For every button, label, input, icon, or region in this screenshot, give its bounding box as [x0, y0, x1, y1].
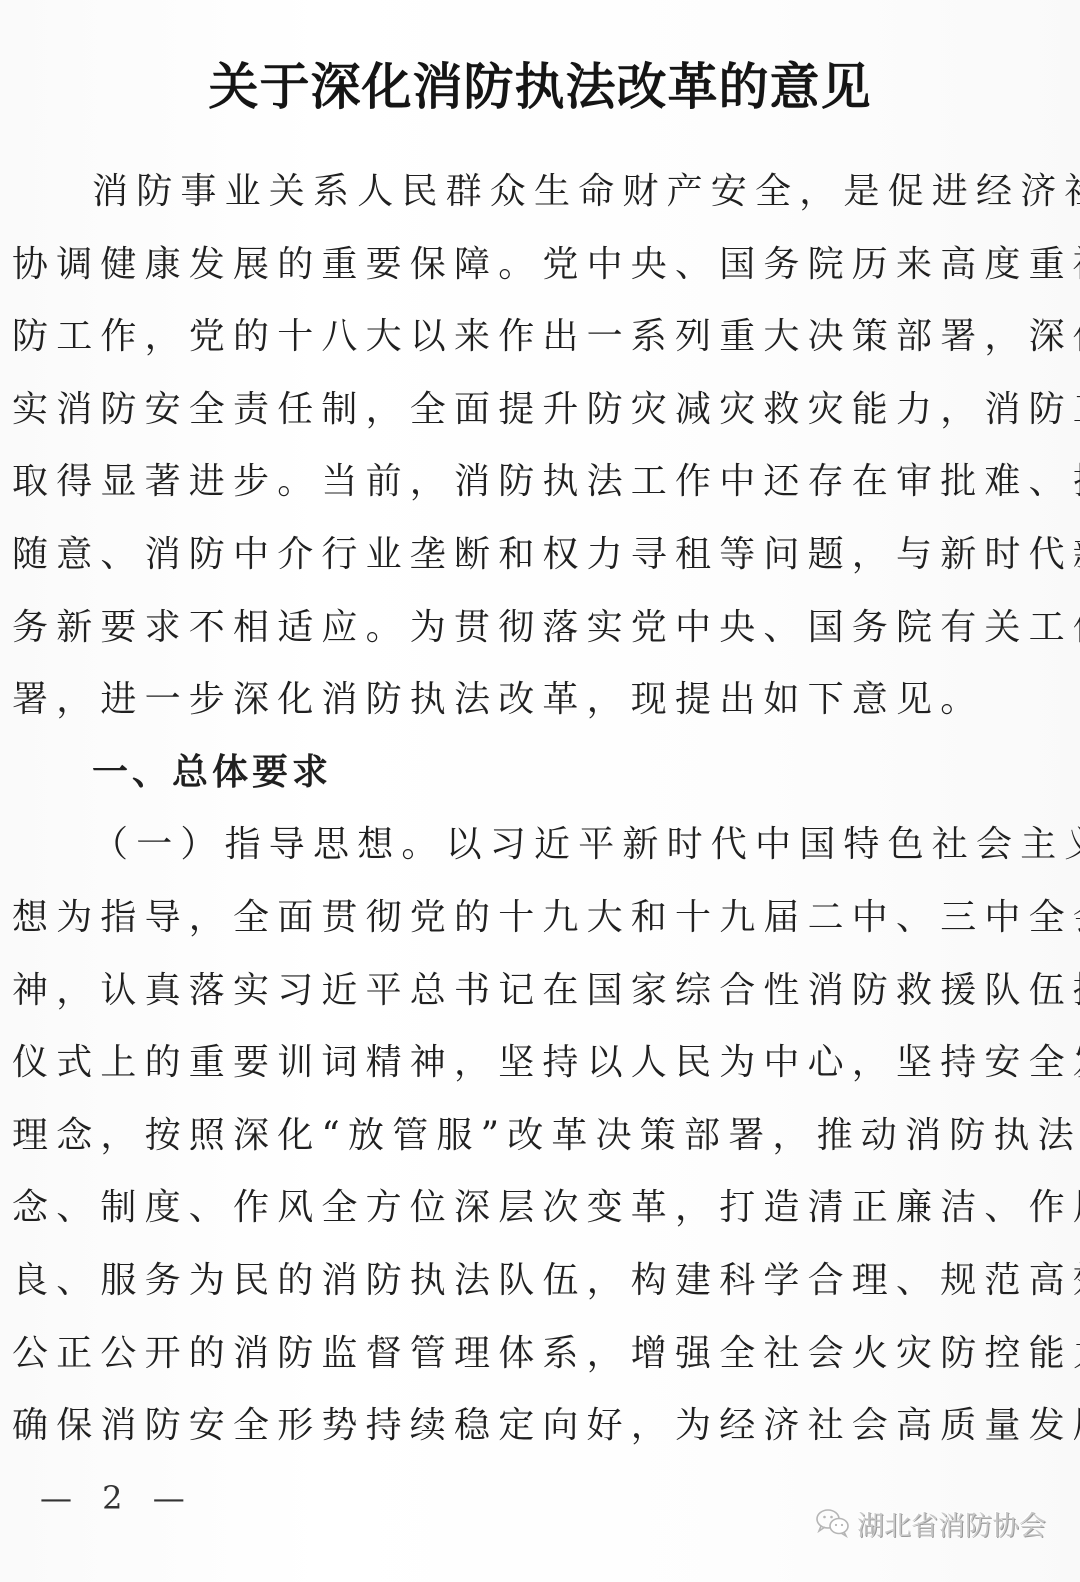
- paragraph-line: （一）指导思想。以习近平新时代中国特色社会主义思: [12, 809, 1072, 882]
- paragraph-line: 务新要求不相适应。为贯彻落实党中央、国务院有关工作部: [12, 592, 1072, 665]
- paragraph-line: 理念，按照深化“放管服”改革决策部署，推动消防执法理: [12, 1100, 1072, 1173]
- paragraph-line: 署，进一步深化消防执法改革，现提出如下意见。: [12, 664, 1072, 737]
- watermark: 湖北省消防协会: [815, 1503, 1046, 1543]
- paragraph-line: 消防事业关系人民群众生命财产安全，是促进经济社会: [12, 156, 1072, 229]
- paragraph-line: 公正公开的消防监督管理体系，增强全社会火灾防控能力，: [12, 1318, 1072, 1391]
- document-body: 消防事业关系人民群众生命财产安全，是促进经济社会 协调健康发展的重要保障。党中央…: [12, 156, 1072, 1463]
- section-heading: 一、总体要求: [12, 737, 1072, 810]
- document-page: 关于深化消防执法改革的意见 消防事业关系人民群众生命财产安全，是促进经济社会 协…: [0, 0, 1080, 1582]
- paragraph-line: 取得显著进步。当前，消防执法工作中还存在审批难、执法: [12, 446, 1072, 519]
- watermark-text: 湖北省消防协会: [857, 1504, 1046, 1543]
- paragraph-line: 防工作，党的十八大以来作出一系列重大决策部署，深化落: [12, 301, 1072, 374]
- paragraph-line: 确保消防安全形势持续稳定向好，为经济社会高质量发展提: [12, 1390, 1072, 1463]
- paragraph-line: 随意、消防中介行业垄断和权力寻租等问题，与新时代新任: [12, 519, 1072, 592]
- paragraph-line: 协调健康发展的重要保障。党中央、国务院历来高度重视消: [12, 229, 1072, 302]
- paragraph-line: 念、制度、作风全方位深层次变革，打造清正廉洁、作风优: [12, 1172, 1072, 1245]
- paragraph-line: 仪式上的重要训词精神，坚持以人民为中心，坚持安全发展: [12, 1027, 1072, 1100]
- paragraph-line: 良、服务为民的消防执法队伍，构建科学合理、规范高效、: [12, 1245, 1072, 1318]
- paragraph-line: 想为指导，全面贯彻党的十九大和十九届二中、三中全会精: [12, 882, 1072, 955]
- paragraph-line: 神，认真落实习近平总书记在国家综合性消防救援队伍授旗: [12, 955, 1072, 1028]
- page-number: — 2 —: [40, 1478, 195, 1518]
- wechat-icon: [815, 1508, 851, 1538]
- paragraph-line: 实消防安全责任制，全面提升防灾减灾救灾能力，消防工作: [12, 374, 1072, 447]
- document-title: 关于深化消防执法改革的意见: [0, 52, 1080, 122]
